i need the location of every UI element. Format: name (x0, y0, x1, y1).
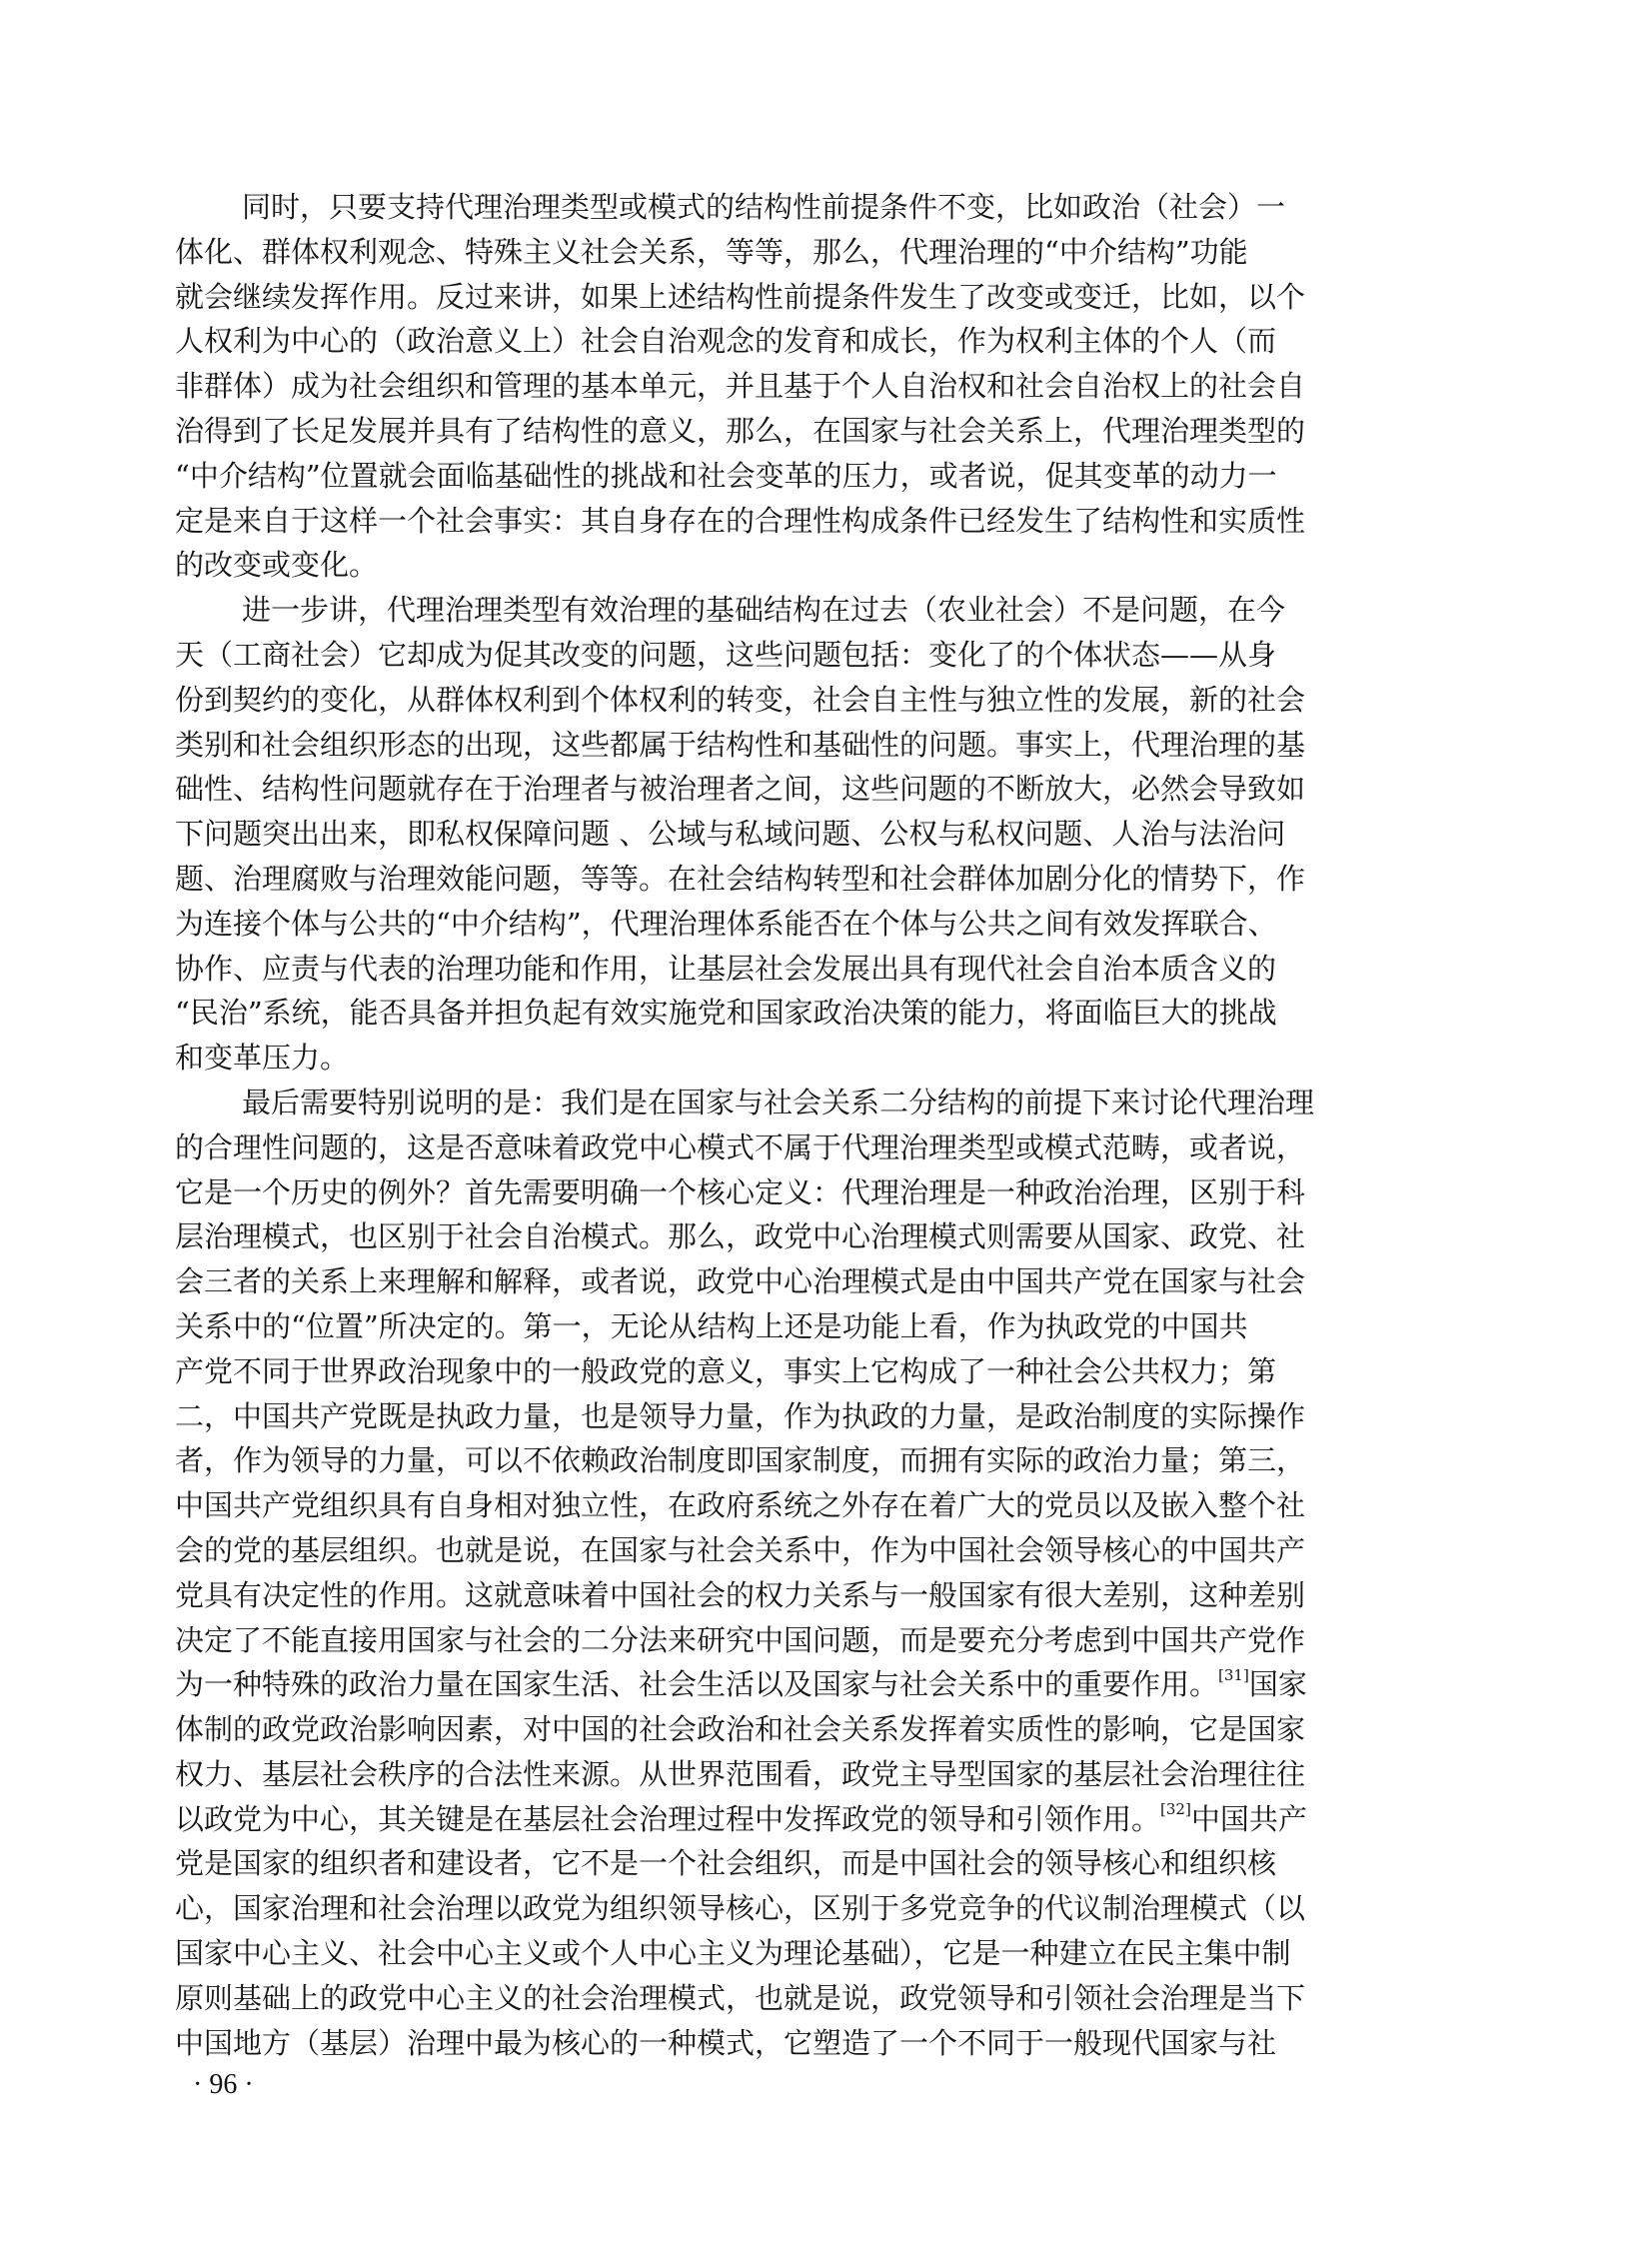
text-segment: 国家 (1249, 1667, 1307, 1701)
text-line: 决定了不能直接用国家与社会的二分法来研究中国问题，而是要充分考虑到中国共产党作 (175, 1618, 1477, 1663)
document-page: 同时，只要支持代理治理类型或模式的结构性前提条件不变，比如政治（社会）一 体化、… (0, 0, 1652, 2243)
citation-32[interactable]: [32] (1160, 1800, 1191, 1818)
text-line: 非群体）成为社会组织和管理的基本单元，并且基于个人自治权和社会自治权上的社会自 (175, 364, 1477, 409)
text-line: 协作、应责与代表的治理功能和作用，让基层社会发展出具有现代社会自治本质含义的 (175, 947, 1477, 992)
text-line: “民治”系统，能否具备并担负起有效实施党和国家政治决策的能力，将面临巨大的挑战 (175, 991, 1477, 1036)
text-line: 定是来自于这样一个社会事实：其自身存在的合理性构成条件已经发生了结构性和实质性 (175, 499, 1477, 544)
text-segment: 以政党为中心，其关键是在基层社会治理过程中发挥政党的领导和引领作用。 (175, 1802, 1160, 1836)
text-line: 和变革压力。 (175, 1036, 1477, 1081)
text-line: 心，国家治理和社会治理以政党为组织领导核心，区别于多党竞争的代议制治理模式（以 (175, 1886, 1477, 1931)
text-line: 国家中心主义、社会中心主义或个人中心主义为理论基础），它是一种建立在民主集中制 (175, 1931, 1477, 1976)
text-line-with-citation: 为一种特殊的政治力量在国家生活、社会生活以及国家与社会关系中的重要作用。[31]… (175, 1662, 1477, 1707)
text-line: 会的党的基层组织。也就是说，在国家与社会关系中，作为中国社会领导核心的中国共产 (175, 1528, 1477, 1573)
text-line: 础性、结构性问题就存在于治理者与被治理者之间，这些问题的不断放大，必然会导致如 (175, 767, 1477, 812)
text-line: 体制的政党政治影响因素，对中国的社会政治和社会关系发挥着实质性的影响，它是国家 (175, 1707, 1477, 1752)
text-line: 就会继续发挥作用。反过来讲，如果上述结构性前提条件发生了改变或变迁，比如，以个 (175, 275, 1477, 320)
text-line: 二，中国共产党既是执政力量，也是领导力量，作为执政的力量，是政治制度的实际操作 (175, 1394, 1477, 1439)
text-line: 的改变或变化。 (175, 543, 1477, 588)
text-line: 中国地方（基层）治理中最为核心的一种模式，它塑造了一个不同于一般现代国家与社 (175, 2021, 1477, 2066)
citation-31[interactable]: [31] (1218, 1666, 1249, 1684)
text-line: 人权利为中心的（政治意义上）社会自治观念的发育和成长，作为权利主体的个人（而 (175, 319, 1477, 364)
body-text: 同时，只要支持代理治理类型或模式的结构性前提条件不变，比如政治（社会）一 体化、… (175, 185, 1477, 2065)
text-line: 同时，只要支持代理治理类型或模式的结构性前提条件不变，比如政治（社会）一 (175, 185, 1477, 230)
text-line: 份到契约的变化，从群体权利到个体权利的转变，社会自主性与独立性的发展，新的社会 (175, 678, 1477, 723)
text-segment: 中国共产 (1191, 1802, 1307, 1836)
paragraph-3: 最后需要特别说明的是：我们是在国家与社会关系二分结构的前提下来讨论代理治理 的合… (175, 1081, 1477, 2066)
text-line: 党具有决定性的作用。这就意味着中国社会的权力关系与一般国家有很大差别，这种差别 (175, 1573, 1477, 1618)
text-line: 进一步讲，代理治理类型有效治理的基础结构在过去（农业社会）不是问题，在今 (175, 588, 1477, 633)
text-line-with-citation: 以政党为中心，其关键是在基层社会治理过程中发挥政党的领导和引领作用。[32]中国… (175, 1797, 1477, 1842)
text-line: 类别和社会组织形态的出现，这些都属于结构性和基础性的问题。事实上，代理治理的基 (175, 723, 1477, 768)
text-line: “中介结构”位置就会面临基础性的挑战和社会变革的压力，或者说，促其变革的动力一 (175, 454, 1477, 499)
text-line: 权力、基层社会秩序的合法性来源。从世界范围看，政党主导型国家的基层社会治理往往 (175, 1752, 1477, 1797)
text-line: 者，作为领导的力量，可以不依赖政治制度即国家制度，而拥有实际的政治力量；第三， (175, 1438, 1477, 1483)
text-line: 天（工商社会）它却成为促其改变的问题，这些问题包括：变化了的个体状态——从身 (175, 633, 1477, 678)
text-line: 体化、群体权利观念、特殊主义社会关系，等等，那么，代理治理的“中介结构”功能 (175, 230, 1477, 275)
text-line: 为连接个体与公共的“中介结构”，代理治理体系能否在个体与公共之间有效发挥联合、 (175, 902, 1477, 947)
text-line: 它是一个历史的例外？首先需要明确一个核心定义：代理治理是一种政治治理，区别于科 (175, 1170, 1477, 1215)
text-line: 题、治理腐败与治理效能问题，等等。在社会结构转型和社会群体加剧分化的情势下，作 (175, 857, 1477, 902)
text-line: 会三者的关系上来理解和解释，或者说，政党中心治理模式是由中国共产党在国家与社会 (175, 1259, 1477, 1304)
text-line: 层治理模式，也区别于社会自治模式。那么，政党中心治理模式则需要从国家、政党、社 (175, 1214, 1477, 1259)
text-line: 最后需要特别说明的是：我们是在国家与社会关系二分结构的前提下来讨论代理治理 (175, 1081, 1477, 1125)
text-line: 关系中的“位置”所决定的。第一，无论从结构上还是功能上看，作为执政党的中国共 (175, 1304, 1477, 1349)
text-line: 产党不同于世界政治现象中的一般政党的意义，事实上它构成了一种社会公共权力；第 (175, 1349, 1477, 1394)
text-line: 原则基础上的政党中心主义的社会治理模式，也就是说，政党领导和引领社会治理是当下 (175, 1976, 1477, 2021)
text-line: 中国共产党组织具有自身相对独立性，在政府系统之外存在着广大的党员以及嵌入整个社 (175, 1483, 1477, 1528)
text-line: 党是国家的组织者和建设者，它不是一个社会组织，而是中国社会的领导核心和组织核 (175, 1841, 1477, 1886)
text-line: 下问题突出出来，即私权保障问题 、公域与私域问题、公权与私权问题、人治与法治问 (175, 812, 1477, 857)
paragraph-2: 进一步讲，代理治理类型有效治理的基础结构在过去（农业社会）不是问题，在今 天（工… (175, 588, 1477, 1081)
text-segment: 为一种特殊的政治力量在国家生活、社会生活以及国家与社会关系中的重要作用。 (175, 1667, 1218, 1701)
text-line: 治得到了长足发展并具有了结构性的意义，那么，在国家与社会关系上，代理治理类型的 (175, 409, 1477, 454)
text-line: 的合理性问题的，这是否意味着政党中心模式不属于代理治理类型或模式范畴，或者说， (175, 1125, 1477, 1170)
paragraph-1: 同时，只要支持代理治理类型或模式的结构性前提条件不变，比如政治（社会）一 体化、… (175, 185, 1477, 588)
page-number: · 96 · (193, 2069, 254, 2101)
